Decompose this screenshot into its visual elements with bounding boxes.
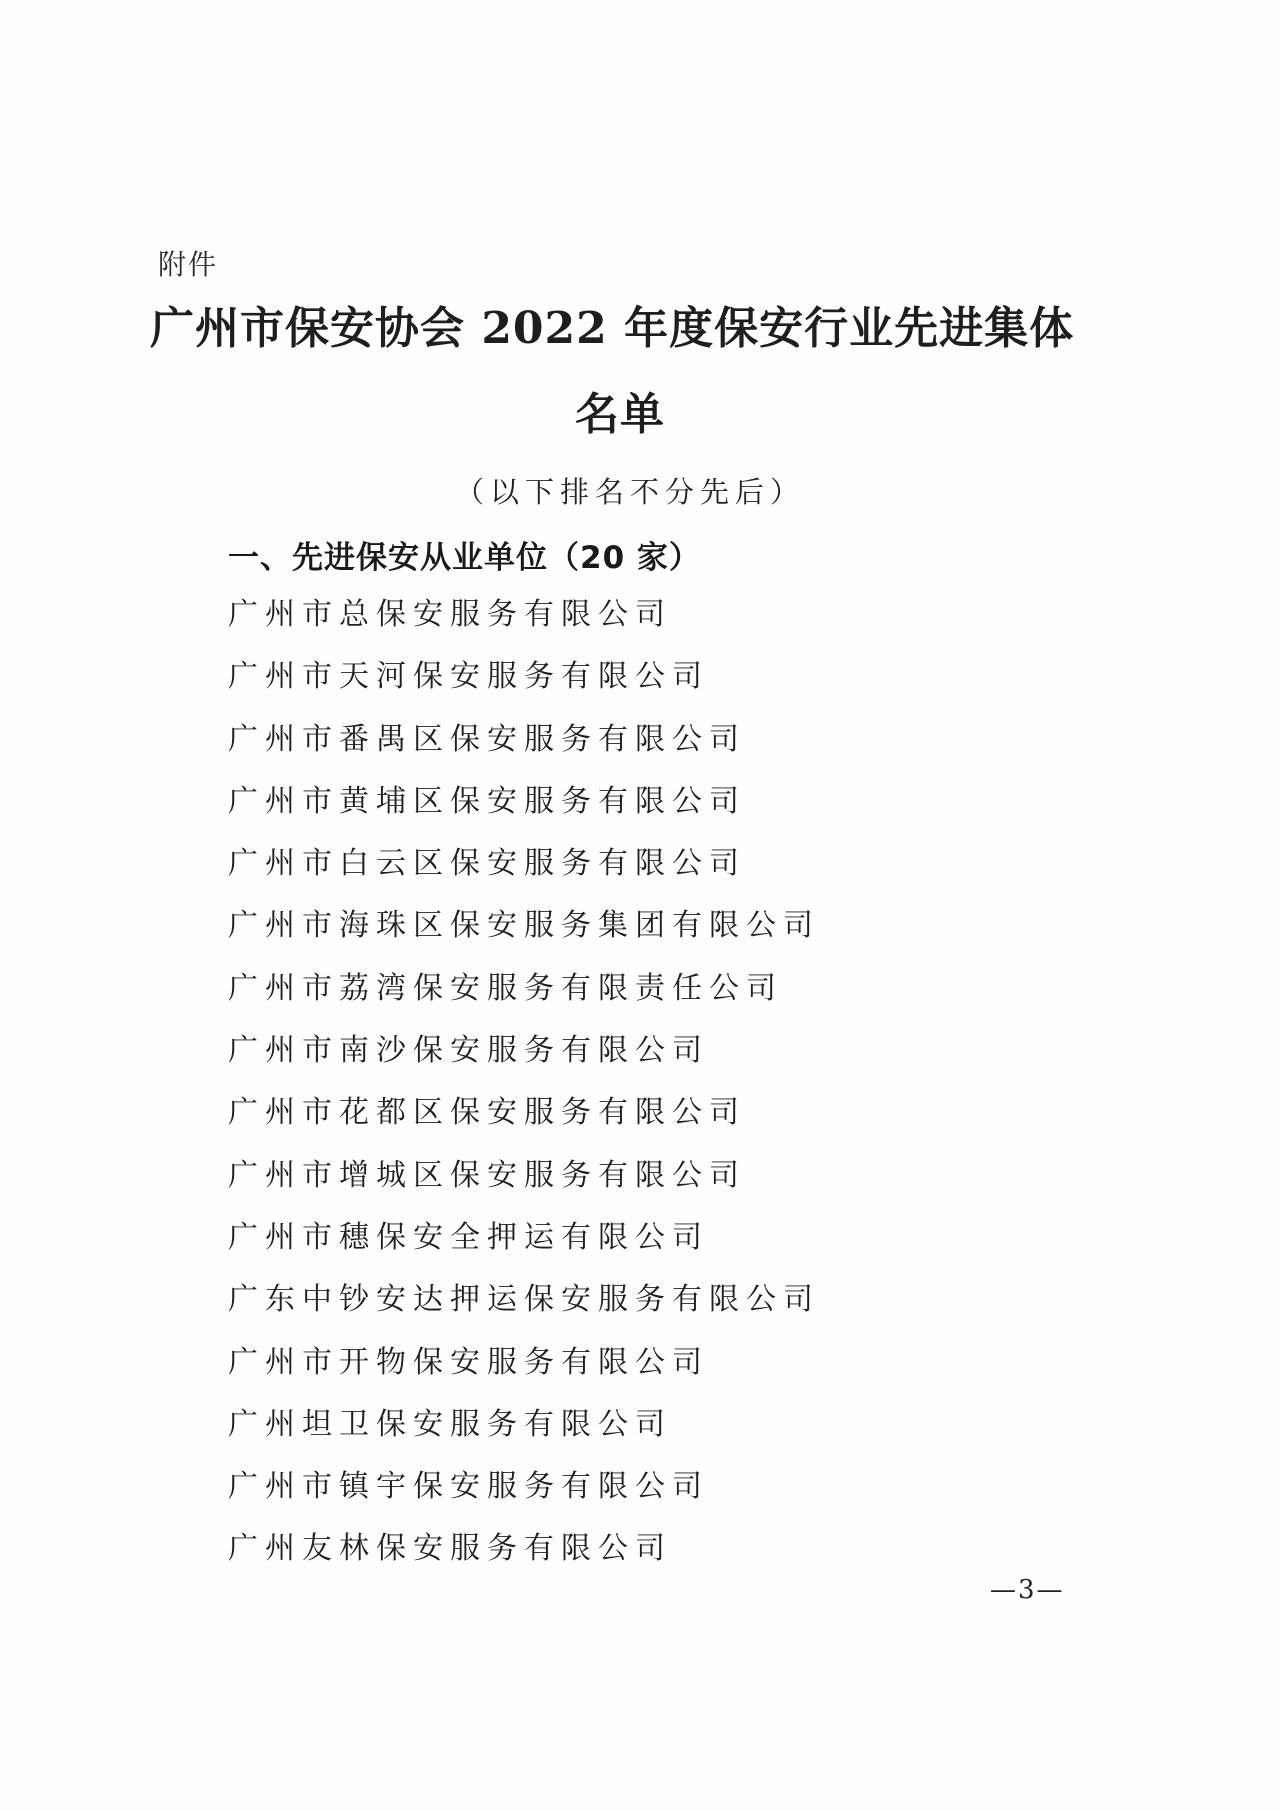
list-item: 广州市增城区保安服务有限公司: [228, 1151, 820, 1213]
list-item: 广州市天河保安服务有限公司: [228, 652, 820, 714]
list-item: 广州市镇宇保安服务有限公司: [228, 1462, 820, 1524]
list-item: 广州市白云区保安服务有限公司: [228, 839, 820, 901]
list-item: 广州市荔湾保安服务有限责任公司: [228, 964, 820, 1026]
list-item: 广州坦卫保安服务有限公司: [228, 1400, 820, 1462]
document-page: 附件 广州市保安协会 2022 年度保安行业先进集体 名单 （以下排名不分先后）…: [0, 0, 1280, 1810]
list-item: 广州市南沙保安服务有限公司: [228, 1026, 820, 1088]
list-item: 广州市黄埔区保安服务有限公司: [228, 777, 820, 839]
section-heading: 一、先进保安从业单位（20 家）: [228, 532, 701, 577]
list-item: 广州市花都区保安服务有限公司: [228, 1088, 820, 1150]
list-item: 广州市总保安服务有限公司: [228, 590, 820, 652]
list-item: 广州市番禺区保安服务有限公司: [228, 715, 820, 777]
list-item: 广州友林保安服务有限公司: [228, 1524, 820, 1586]
list-item: 广州市开物保安服务有限公司: [228, 1338, 820, 1400]
title-line-2: 名单: [150, 372, 1090, 458]
company-list: 广州市总保安服务有限公司 广州市天河保安服务有限公司 广州市番禺区保安服务有限公…: [228, 590, 820, 1587]
page-number: —3—: [990, 1575, 1065, 1605]
attachment-label: 附件: [158, 243, 218, 283]
list-item: 广东中钞安达押运保安服务有限公司: [228, 1275, 820, 1337]
title-line-1: 广州市保安协会 2022 年度保安行业先进集体: [150, 303, 1074, 354]
document-subtitle: （以下排名不分先后）: [0, 470, 1260, 511]
list-item: 广州市海珠区保安服务集团有限公司: [228, 901, 820, 963]
list-item: 广州市穗保安全押运有限公司: [228, 1213, 820, 1275]
document-title: 广州市保安协会 2022 年度保安行业先进集体 名单: [150, 286, 1150, 458]
